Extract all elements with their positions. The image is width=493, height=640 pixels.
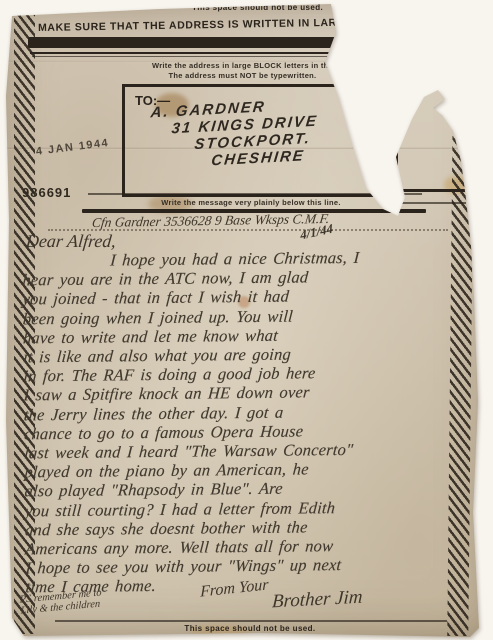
- salutation: Dear Alfred,: [25, 231, 117, 252]
- address-instruction-2: The address must NOT be typewritten.: [140, 71, 345, 80]
- bottom-rule: [55, 620, 447, 622]
- bottom-note: This space should not be used.: [150, 624, 350, 633]
- message-instruction: Write the message very plainly below thi…: [118, 198, 384, 207]
- serial-number: 986691: [22, 185, 71, 200]
- closing-signature: Brother Jim: [271, 587, 363, 614]
- date-received-stamp: - 4 JAN 1944: [26, 137, 110, 159]
- torn-paper-sheet: This space should not be used. MAKE SURE…: [0, 0, 493, 640]
- serial-rule: [88, 193, 422, 195]
- letter-paper: This space should not be used. MAKE SURE…: [0, 0, 493, 640]
- address-instruction-1: Write the address in large BLOCK letters…: [140, 61, 345, 70]
- fragment-rule: [398, 189, 470, 192]
- thin-rule: [32, 56, 338, 57]
- thin-rule: [30, 52, 342, 54]
- handwritten-address: A. GARDNER 31 KINGS DRIVE STOCKPORT. CHE…: [150, 96, 320, 173]
- thick-black-band: [28, 37, 348, 48]
- letter-body: I hope you had a nice Christmas, I hear …: [22, 247, 480, 597]
- scanned-airgraph-letter: This space should not be used. MAKE SURE…: [0, 0, 493, 640]
- fragment-rule: [398, 202, 466, 204]
- top-note: This space should not be used.: [192, 3, 323, 12]
- header-instruction: MAKE SURE THAT THE ADDRESS IS WRITTEN IN…: [38, 16, 389, 34]
